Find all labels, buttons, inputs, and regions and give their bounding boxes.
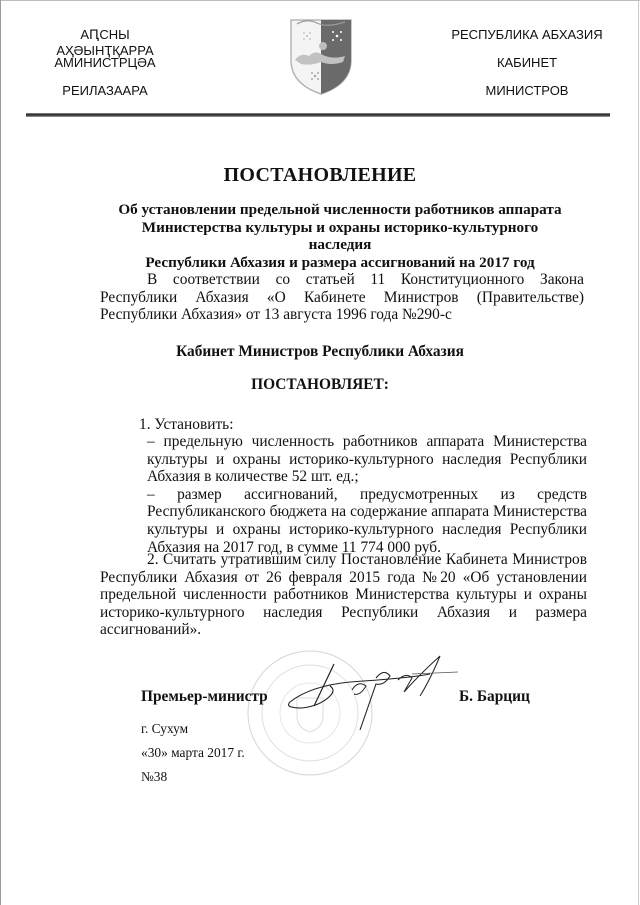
item-1-bullet-staff: – предельную численность работников аппа…: [147, 433, 587, 486]
header-left-line-1: АԤСНЫ АҲӘЫНҬҚАРРА: [30, 27, 180, 55]
page-border-right: [638, 0, 639, 905]
header-divider: [26, 113, 610, 117]
item-1-bullet-budget: – размер ассигнований, предусмотренных и…: [147, 486, 587, 556]
page-border-top: [0, 0, 640, 1]
issuer: Кабинет Министров Республики Абхазия: [0, 343, 640, 361]
signatory-name: Б. Барциц: [459, 688, 530, 706]
subject-line-3: Республики Абхазия и размера ассигновани…: [110, 254, 570, 272]
item-1-heading: 1. Установить:: [139, 416, 233, 434]
subject-line-1: Об установлении предельной численности р…: [110, 201, 570, 219]
subject-line-2: Министерства культуры и охраны историко-…: [110, 219, 570, 254]
resolves-heading: ПОСТАНОВЛЯЕТ:: [0, 376, 640, 394]
header-right-russian: РЕСПУБЛИКА АБХАЗИЯ КАБИНЕТ МИНИСТРОВ: [442, 27, 612, 111]
document-title: ПОСТАНОВЛЕНИЕ: [0, 164, 640, 187]
page-border-left: [0, 0, 1, 905]
header-left-line-3: РЕИЛАЗААРА: [30, 83, 180, 111]
preamble-text: В соответствии со статьей 11 Конституцио…: [100, 271, 584, 324]
item-2: 2. Считать утратившим силу Постановление…: [100, 551, 587, 639]
footer-number: №38: [141, 769, 245, 793]
footer-date: «30» марта 2017 г.: [141, 745, 245, 769]
item-2-text: 2. Считать утратившим силу Постановление…: [100, 551, 587, 639]
header-right-line-2: КАБИНЕТ: [442, 55, 612, 83]
footer-city: г. Сухум: [141, 721, 245, 745]
signature-icon: [280, 650, 460, 735]
header-left-abkhaz: АԤСНЫ АҲӘЫНҬҚАРРА АМИНИСТРЦӘА РЕИЛАЗААРА: [30, 27, 180, 111]
signatory-title: Премьер-министр: [141, 688, 268, 706]
coat-of-arms-icon: [287, 16, 355, 96]
header-right-line-3: МИНИСТРОВ: [442, 83, 612, 111]
header-right-line-1: РЕСПУБЛИКА АБХАЗИЯ: [442, 27, 612, 55]
item-1-bullets: – предельную численность работников аппа…: [147, 433, 587, 556]
header-left-line-2: АМИНИСТРЦӘА: [30, 55, 180, 83]
document-subject: Об установлении предельной численности р…: [110, 201, 570, 271]
preamble: В соответствии со статьей 11 Конституцио…: [100, 271, 584, 324]
document-footer: г. Сухум «30» марта 2017 г. №38: [141, 721, 245, 793]
